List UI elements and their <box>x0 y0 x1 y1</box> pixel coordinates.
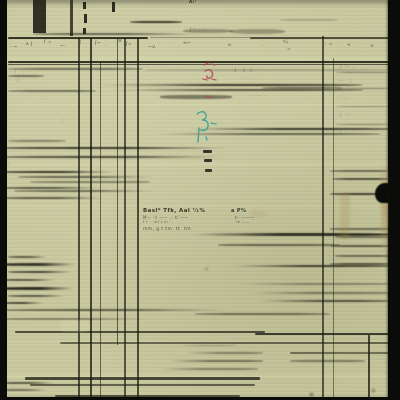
scan-smear-streak <box>8 68 143 70</box>
column-header-text: ʃ~ <box>95 42 101 47</box>
column-rule-vertical <box>70 0 73 36</box>
table-rule-horizontal <box>255 333 393 335</box>
pencil-dash-mark <box>205 169 212 172</box>
bleedthrough-text: · ·ʃ <box>12 80 19 85</box>
scan-smear-streak <box>30 181 150 183</box>
bleedthrough-text: ··,·· <box>340 97 349 102</box>
scanline-highlight <box>0 104 390 105</box>
scan-smear-streak <box>8 295 66 297</box>
table-rule-horizontal <box>250 37 393 39</box>
column-header-text: ſ = <box>44 41 52 46</box>
bleedthrough-text: ·· · <box>255 140 262 145</box>
scan-smear-streak <box>8 256 48 258</box>
scan-smear-streak <box>230 265 393 267</box>
stamp-text-line: f t · ·mf t m ·· <box>143 221 173 225</box>
scan-smear-streak <box>145 69 393 71</box>
scan-smear-streak <box>185 352 263 354</box>
bleedthrough-text: ʃ··~ ·, <box>340 66 355 71</box>
ruled-dash-mark <box>83 2 86 9</box>
bleedthrough-text: ·.··–· · <box>250 95 265 100</box>
column-header-text: · <box>105 45 107 50</box>
column-header-text: ≡ <box>118 40 122 45</box>
table-rule-horizontal <box>290 352 393 354</box>
teal-ink-annotation <box>190 106 220 146</box>
ruled-dash-mark <box>112 2 115 12</box>
column-header-text: ʌ ʃ <box>26 43 33 48</box>
bleedthrough-text: ·4 ·4 £· <box>232 70 255 75</box>
column-header-text: ≈⌐ <box>183 42 191 47</box>
scan-smear-streak <box>0 171 115 173</box>
scan-smear-streak <box>18 176 156 178</box>
stain-spot <box>250 210 268 218</box>
stain-spot <box>340 192 350 240</box>
paper-tear-notch <box>375 183 389 203</box>
column-header-text: ~· <box>60 45 66 50</box>
column-header-text: ~v. <box>148 46 157 51</box>
stamp-text-line: ·m —— <box>235 221 250 225</box>
column-header-text: · <box>262 45 264 50</box>
scan-smear-streak <box>0 279 56 281</box>
scanned-document-photo: ʌ⸗· Basl* Tfk, Aal ⁷⁄₁%a P%M— –t —— ,– t… <box>0 0 400 400</box>
bleedthrough-text: · ·· <box>15 108 22 113</box>
page-corner-text: ʌ⸗· <box>189 0 197 5</box>
scan-smear-streak <box>290 360 365 362</box>
scan-smear-streak <box>8 271 74 273</box>
stain-spot <box>372 389 375 392</box>
bleedthrough-text: ·· · <box>30 130 37 135</box>
scan-smear-streak <box>262 87 342 89</box>
scan-smear-streak <box>0 287 74 290</box>
column-header-text: ʃ= <box>126 43 132 48</box>
scan-smear-streak <box>8 90 96 92</box>
scan-smear-streak <box>195 313 330 315</box>
ruled-dash-mark <box>84 14 87 23</box>
bleedthrough-text: ·: ··, ··: <box>240 78 258 83</box>
column-header-text: ·v <box>369 45 374 50</box>
pencil-dash-mark <box>204 159 212 162</box>
column-rule-vertical <box>100 62 101 398</box>
pencil-dash-mark <box>203 150 212 153</box>
table-rule-horizontal <box>30 384 255 386</box>
scan-smear-streak <box>168 360 263 362</box>
bleedthrough-text: · ·· · <box>245 120 256 125</box>
column-header-text: · ~ <box>10 46 18 51</box>
column-rule-vertical <box>90 38 92 398</box>
stamp-text-line: a P% <box>231 209 246 214</box>
bleedthrough-text: ʃ ·· <box>340 131 347 136</box>
red-ink-annotation <box>193 58 223 103</box>
paper-edge-stain <box>381 160 388 260</box>
bleedthrough-text: ·· · <box>40 96 47 101</box>
scan-marks-layer: ʌ⸗· Basl* Tfk, Aal ⁷⁄₁%a P%M— –t —— ,– t… <box>0 0 400 400</box>
scan-smear-streak <box>8 75 44 77</box>
scan-smear-streak <box>235 283 393 285</box>
scan-smear-streak <box>0 309 230 311</box>
column-rule-vertical <box>137 38 139 398</box>
scan-smear-streak <box>258 300 393 302</box>
stamp-text-line: mm, g t tm tt tm <box>143 228 191 233</box>
scan-smear-streak <box>175 345 237 346</box>
column-rule-vertical <box>124 38 126 398</box>
bleedthrough-text: ·ʃ · <box>60 120 67 125</box>
column-header-text: < <box>347 44 351 49</box>
table-rule-horizontal <box>150 37 250 38</box>
bleedthrough-text: ·ʃ· ~· <box>338 114 351 119</box>
scan-smear-streak <box>130 21 182 23</box>
bleedthrough-text: ʃ· ·· <box>15 70 24 75</box>
scan-smear-streak <box>0 382 55 384</box>
scan-smear-streak <box>14 190 156 192</box>
column-header-text: ˢ⁄ₐ <box>283 41 288 46</box>
scan-smear-streak <box>280 19 338 21</box>
column-header-text: = <box>287 48 291 53</box>
bleedthrough-text: ·~·· ʃ· <box>338 80 353 85</box>
scan-smear-streak <box>108 89 363 91</box>
stain-spot <box>60 320 90 332</box>
scan-smear-streak <box>0 389 48 391</box>
table-rule-horizontal <box>15 331 265 333</box>
stamp-text-line: Basl* Tfk, Aal ⁷⁄₁% <box>143 209 205 215</box>
scan-smear-streak <box>336 106 391 107</box>
scan-smear-streak <box>336 124 391 125</box>
stain-spot <box>205 268 208 270</box>
scan-smear-streak <box>218 244 340 246</box>
table-rule-horizontal <box>25 377 260 380</box>
table-rule-horizontal <box>60 342 393 344</box>
column-header-text: v. <box>228 44 233 49</box>
scan-smear-streak <box>8 140 66 142</box>
photo-black-border-right <box>388 0 400 400</box>
scan-smear-streak <box>0 263 76 266</box>
scan-smear-streak <box>250 292 393 294</box>
scan-smear-streak <box>0 156 226 158</box>
scanline-highlight <box>10 163 388 165</box>
scan-smear-streak <box>230 29 285 34</box>
table-rule-horizontal <box>8 37 148 39</box>
photo-black-border-left <box>0 0 7 400</box>
scanline-highlight <box>0 206 390 207</box>
scan-smear-streak <box>0 147 230 149</box>
column-header-text: : = <box>325 43 333 48</box>
stain-spot <box>310 393 313 396</box>
scan-smear-streak <box>33 33 203 35</box>
column-rule-vertical <box>33 0 46 33</box>
scan-smear-streak <box>336 72 391 73</box>
scan-smear-streak <box>0 187 100 189</box>
column-header-text: ¦ <box>80 41 82 46</box>
column-rule-vertical <box>78 38 80 398</box>
bleedthrough-text: ··ʃ~·. ·· <box>186 28 207 33</box>
scan-smear-streak <box>158 368 258 370</box>
scan-smear-streak <box>0 197 106 199</box>
column-rule-vertical <box>368 335 370 398</box>
